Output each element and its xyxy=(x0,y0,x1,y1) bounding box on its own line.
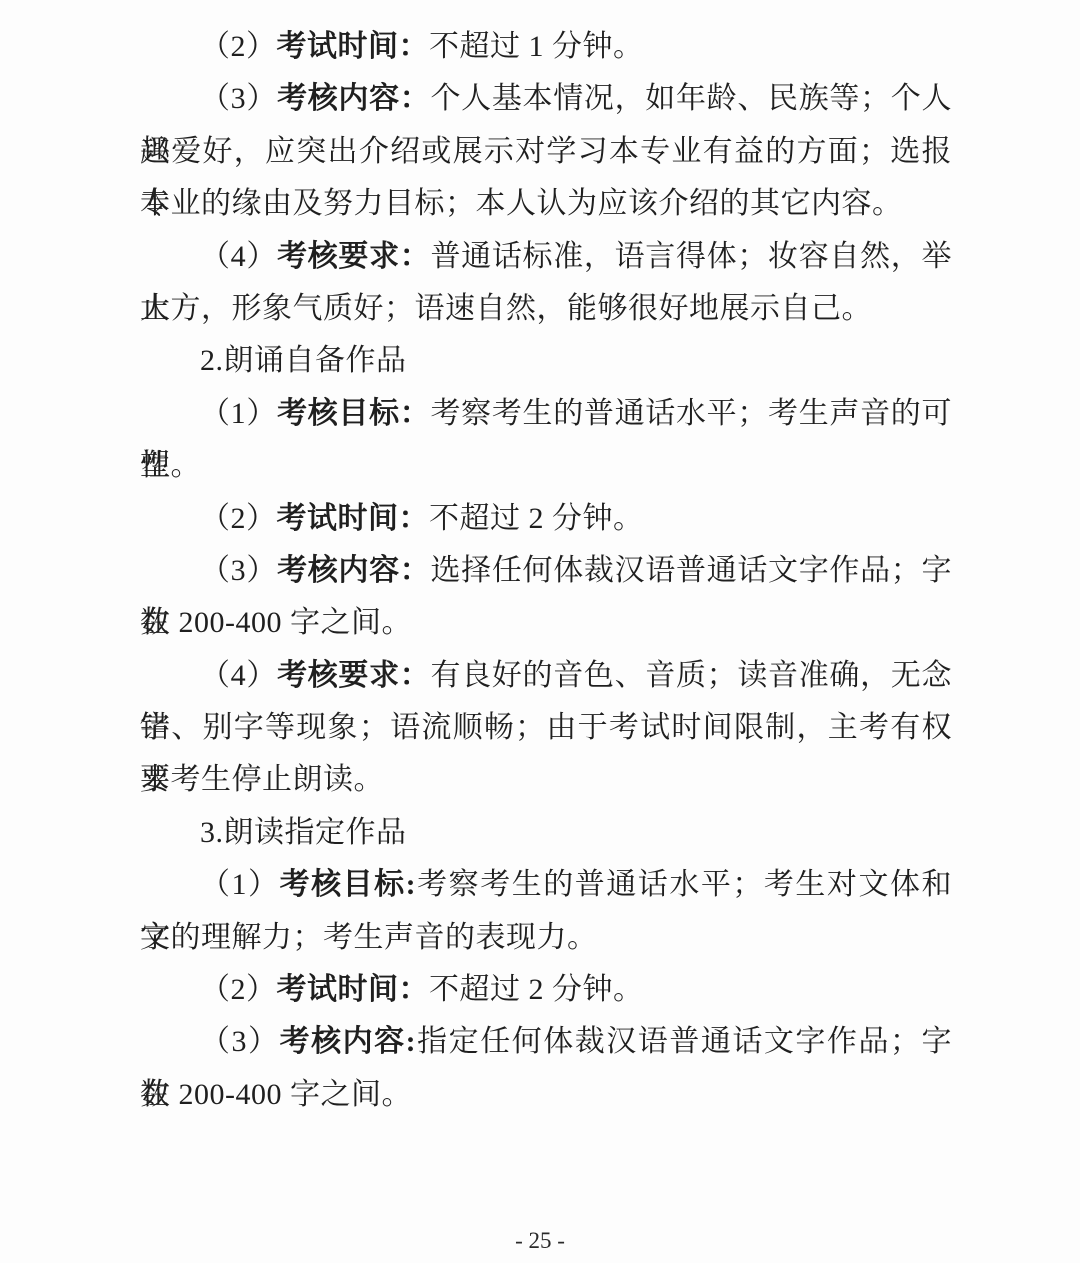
item-number: （4） xyxy=(200,659,277,692)
item-number: （4） xyxy=(200,240,277,273)
text-line: （2）考试时间：不超过 1 分钟。 xyxy=(140,21,952,73)
item-number: （1） xyxy=(200,397,277,430)
item-number: （3） xyxy=(200,82,277,115)
item-number: （2） xyxy=(200,30,277,63)
text-line: （2）考试时间：不超过 2 分钟。 xyxy=(140,964,952,1016)
item-label: 考核目标: xyxy=(280,868,417,901)
line-text: 求考生停止朗读。 xyxy=(140,763,384,796)
line-text: 不超过 2 分钟。 xyxy=(429,973,644,1006)
item-number: （1） xyxy=(200,868,280,901)
text-content: （2）考试时间：不超过 1 分钟。（3）考核内容：个人基本情况，如年龄、民族等；… xyxy=(140,21,952,1121)
item-label: 考试时间： xyxy=(277,30,430,63)
item-label: 考试时间： xyxy=(277,973,430,1006)
page-number: - 25 - xyxy=(0,1228,1080,1254)
line-text: 大方，形象气质好；语速自然，能够很好地展示自己。 xyxy=(140,292,872,325)
line-text: 专业的缘由及努力目标；本人认为应该介绍的其它内容。 xyxy=(140,187,903,220)
item-label: 考核目标： xyxy=(277,397,430,430)
text-line: （1）考核目标：考察考生的普通话水平；考生声音的可塑 xyxy=(140,388,952,440)
line-text: 不超过 2 分钟。 xyxy=(429,502,644,535)
item-label: 考核内容： xyxy=(277,82,430,115)
text-line: （3）考核内容:指定任何体裁汉语普通话文字作品；字数 xyxy=(140,1016,952,1068)
text-line: 字的理解力；考生声音的表现力。 xyxy=(140,912,952,964)
line-text: 不超过 1 分钟。 xyxy=(429,30,644,63)
item-label: 考核要求： xyxy=(277,659,430,692)
item-number: （3） xyxy=(200,1025,280,1058)
text-line: 性。 xyxy=(140,440,952,492)
line-text: 在 200-400 字之间。 xyxy=(140,1078,412,1111)
item-label: 考核要求： xyxy=(277,240,430,273)
item-label: 考核内容： xyxy=(277,554,430,587)
text-line: 字、别字等现象；语流顺畅；由于考试时间限制，主考有权要 xyxy=(140,702,952,754)
line-text: 字的理解力；考生声音的表现力。 xyxy=(140,921,598,954)
line-text: 性。 xyxy=(140,449,201,482)
text-line: （4）考核要求：有良好的音色、音质；读音准确，无念错 xyxy=(140,650,952,702)
text-line: 2.朗诵自备作品 xyxy=(140,335,952,387)
item-label: 考试时间： xyxy=(277,502,430,535)
text-line: 大方，形象气质好；语速自然，能够很好地展示自己。 xyxy=(140,283,952,335)
text-line: 求考生停止朗读。 xyxy=(140,754,952,806)
line-text: 2.朗诵自备作品 xyxy=(200,344,407,377)
text-line: （4）考核要求：普通话标准，语言得体；妆容自然，举止 xyxy=(140,231,952,283)
item-number: （2） xyxy=(200,502,277,535)
text-line: 在 200-400 字之间。 xyxy=(140,1069,952,1121)
text-line: （1）考核目标:考察考生的普通话水平；考生对文体和文 xyxy=(140,859,952,911)
item-number: （3） xyxy=(200,554,277,587)
text-line: （3）考核内容：个人基本情况，如年龄、民族等；个人兴 xyxy=(140,73,952,125)
line-text: 3.朗读指定作品 xyxy=(200,816,407,849)
text-line: 趣爱好，应突出介绍或展示对学习本专业有益的方面；选报本 xyxy=(140,126,952,178)
text-line: （2）考试时间：不超过 2 分钟。 xyxy=(140,493,952,545)
text-line: 3.朗读指定作品 xyxy=(140,807,952,859)
text-line: 在 200-400 字之间。 xyxy=(140,597,952,649)
text-line: 专业的缘由及努力目标；本人认为应该介绍的其它内容。 xyxy=(140,178,952,230)
text-line: （3）考核内容：选择任何体裁汉语普通话文字作品；字数 xyxy=(140,545,952,597)
item-number: （2） xyxy=(200,973,277,1006)
item-label: 考核内容: xyxy=(280,1025,417,1058)
document-page: （2）考试时间：不超过 1 分钟。（3）考核内容：个人基本情况，如年龄、民族等；… xyxy=(0,0,1080,1263)
line-text: 在 200-400 字之间。 xyxy=(140,606,412,639)
